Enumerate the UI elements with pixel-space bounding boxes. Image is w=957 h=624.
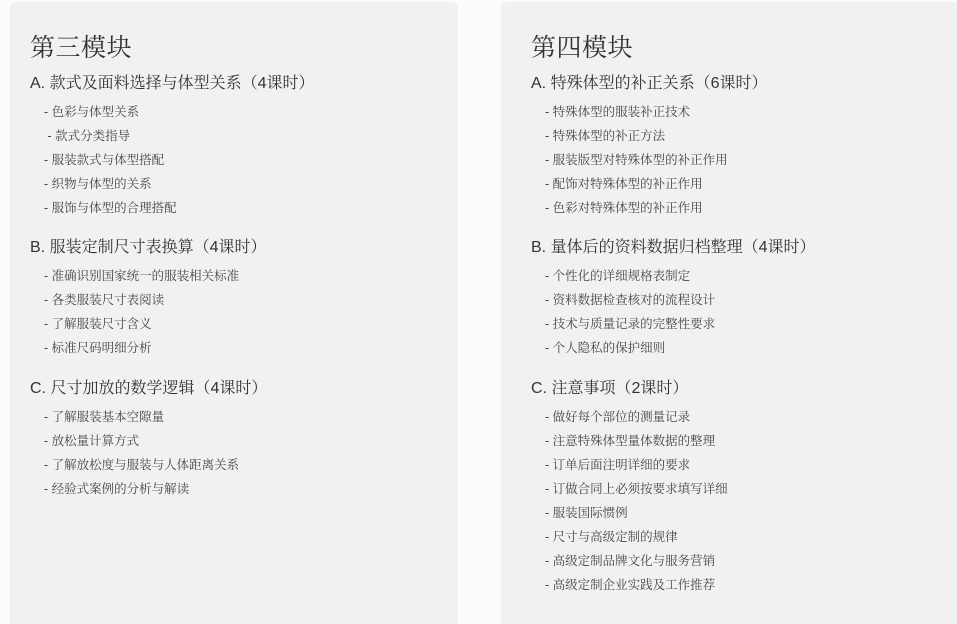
list-item: - 资料数据检查核对的流程设计 [545, 288, 815, 312]
list-item: - 织物与体型的关系 [44, 172, 314, 196]
list-item: - 标准尺码明细分析 [44, 336, 266, 360]
section-a: A. 特殊体型的补正关系（6课时） - 特殊体型的服装补正技术 - 特殊体型的补… [531, 73, 767, 220]
list-item: - 服装款式与体型搭配 [44, 148, 314, 172]
list-item: - 服饰与体型的合理搭配 [44, 196, 314, 220]
module-title: 第三模块 [30, 28, 132, 64]
list-item: - 做好每个部位的测量记录 [545, 405, 728, 429]
list-item: - 各类服装尺寸表阅读 [44, 288, 266, 312]
topic-list: - 准确识别国家统一的服装相关标准 - 各类服装尺寸表阅读 - 了解服装尺寸含义… [30, 264, 266, 360]
module-panel-3: 第三模块 A. 款式及面料选择与体型关系（4课时） - 色彩与体型关系 - 款式… [10, 2, 458, 624]
section-title: C. 注意事项（2课时） [531, 378, 728, 400]
list-item: - 了解服装基本空隙量 [44, 405, 267, 429]
list-item: - 色彩与体型关系 [44, 100, 314, 124]
topic-list: - 做好每个部位的测量记录 - 注意特殊体型量体数据的整理 - 订单后面注明详细… [531, 405, 728, 597]
list-item: - 注意特殊体型量体数据的整理 [545, 429, 728, 453]
module-panel-4: 第四模块 A. 特殊体型的补正关系（6课时） - 特殊体型的服装补正技术 - 特… [501, 2, 957, 624]
list-item: - 订单后面注明详细的要求 [545, 453, 728, 477]
list-item: - 特殊体型的补正方法 [545, 124, 767, 148]
list-item: - 配饰对特殊体型的补正作用 [545, 172, 767, 196]
list-item: - 款式分类指导 [44, 124, 314, 148]
list-item: - 个人隐私的保护细则 [545, 336, 815, 360]
section-title: C. 尺寸加放的数学逻辑（4课时） [30, 378, 267, 400]
topic-list: - 了解服装基本空隙量 - 放松量计算方式 - 了解放松度与服装与人体距离关系 … [30, 405, 267, 501]
topic-list: - 特殊体型的服装补正技术 - 特殊体型的补正方法 - 服装版型对特殊体型的补正… [531, 100, 767, 220]
section-title: A. 款式及面料选择与体型关系（4课时） [30, 73, 314, 95]
section-b: B. 服装定制尺寸表换算（4课时） - 准确识别国家统一的服装相关标准 - 各类… [30, 237, 266, 360]
list-item: - 经验式案例的分析与解读 [44, 477, 267, 501]
section-title: A. 特殊体型的补正关系（6课时） [531, 73, 767, 95]
list-item: - 订做合同上必须按要求填写详细 [545, 477, 728, 501]
section-b: B. 量体后的资料数据归档整理（4课时） - 个性化的详细规格表制定 - 资料数… [531, 237, 815, 360]
section-c: C. 注意事项（2课时） - 做好每个部位的测量记录 - 注意特殊体型量体数据的… [531, 378, 728, 597]
section-title: B. 量体后的资料数据归档整理（4课时） [531, 237, 815, 259]
list-item: - 特殊体型的服装补正技术 [545, 100, 767, 124]
topic-list: - 个性化的详细规格表制定 - 资料数据检查核对的流程设计 - 技术与质量记录的… [531, 264, 815, 360]
list-item: - 了解服装尺寸含义 [44, 312, 266, 336]
topic-list: - 色彩与体型关系 - 款式分类指导 - 服装款式与体型搭配 - 织物与体型的关… [30, 100, 314, 220]
list-item: - 服装国际惯例 [545, 501, 728, 525]
section-a: A. 款式及面料选择与体型关系（4课时） - 色彩与体型关系 - 款式分类指导 … [30, 73, 314, 220]
list-item: - 服装版型对特殊体型的补正作用 [545, 148, 767, 172]
section-c: C. 尺寸加放的数学逻辑（4课时） - 了解服装基本空隙量 - 放松量计算方式 … [30, 378, 267, 501]
list-item: - 高级定制企业实践及工作推荐 [545, 573, 728, 597]
module-title: 第四模块 [531, 28, 633, 64]
list-item: - 了解放松度与服装与人体距离关系 [44, 453, 267, 477]
list-item: - 高级定制品牌文化与服务营销 [545, 549, 728, 573]
list-item: - 色彩对特殊体型的补正作用 [545, 196, 767, 220]
list-item: - 准确识别国家统一的服装相关标准 [44, 264, 266, 288]
list-item: - 尺寸与高级定制的规律 [545, 525, 728, 549]
list-item: - 个性化的详细规格表制定 [545, 264, 815, 288]
section-title: B. 服装定制尺寸表换算（4课时） [30, 237, 266, 259]
list-item: - 放松量计算方式 [44, 429, 267, 453]
list-item: - 技术与质量记录的完整性要求 [545, 312, 815, 336]
